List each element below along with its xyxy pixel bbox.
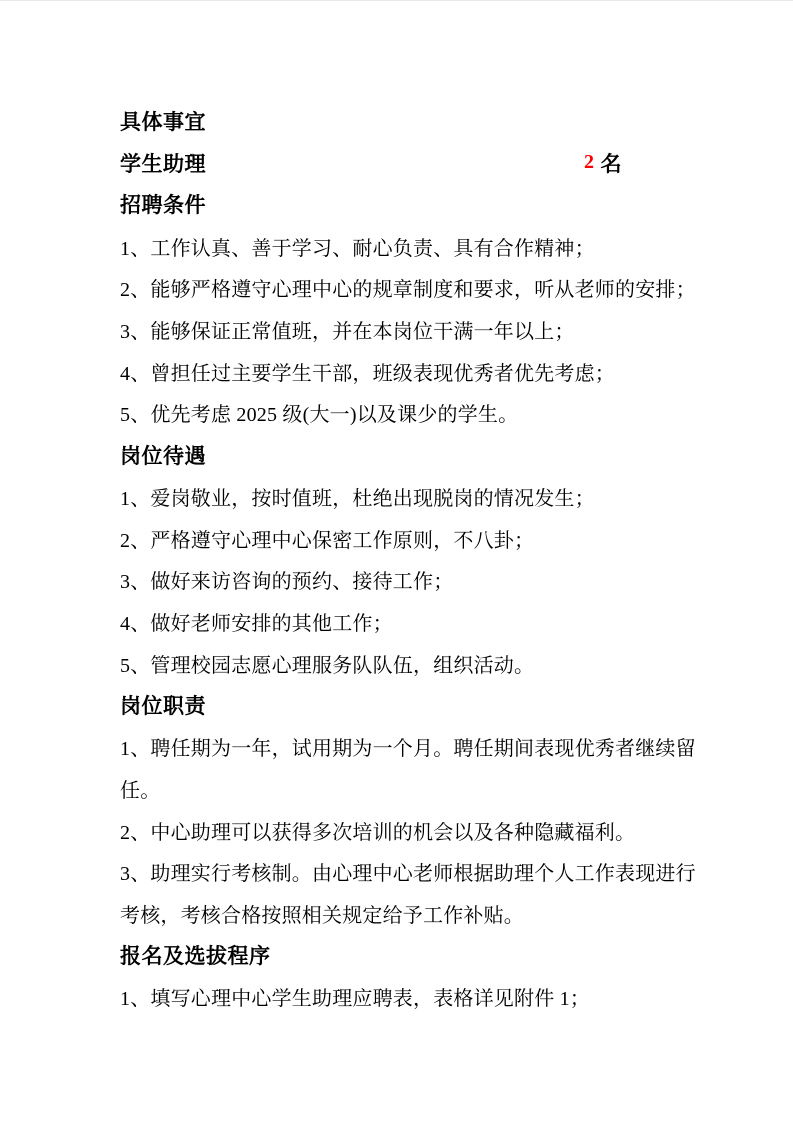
list-item: 1、爱岗敬业，按时值班，杜绝出现脱岗的情况发生； [120, 475, 676, 517]
intro-heading: 具体事宜 [120, 100, 676, 142]
document-page: 具体事宜 学生助理 2 名 招聘条件 1、工作认真、善于学习、耐心负责、具有合作… [0, 0, 793, 1122]
list-item: 1、工作认真、善于学习、耐心负责、具有合作精神； [120, 225, 676, 267]
job-title-line: 学生助理 2 名 [120, 142, 676, 184]
list-item: 4、曾担任过主要学生干部，班级表现优秀者优先考虑； [120, 350, 676, 392]
list-item: 2、中心助理可以获得多次培训的机会以及各种隐藏福利。 [120, 809, 676, 851]
list-item: 2、能够严格遵守心理中心的规章制度和要求，听从老师的安排； [120, 267, 676, 309]
job-count: 2 名 [584, 142, 622, 184]
document-body: 具体事宜 学生助理 2 名 招聘条件 1、工作认真、善于学习、耐心负责、具有合作… [120, 100, 676, 1018]
list-item: 4、做好老师安排的其他工作； [120, 601, 676, 643]
list-item: 3、能够保证正常值班，并在本岗位干满一年以上； [120, 309, 676, 351]
list-item: 1、聘任期为一年，试用期为一个月。聘任期间表现优秀者继续留 [120, 726, 676, 768]
job-title: 学生助理 [120, 148, 206, 178]
list-item: 5、优先考虑 2025 级(大一)以及课少的学生。 [120, 392, 676, 434]
list-item: 2、严格遵守心理中心保密工作原则，不八卦； [120, 517, 676, 559]
list-item: 5、管理校园志愿心理服务队队伍，组织活动。 [120, 642, 676, 684]
list-item-continuation: 任。 [120, 768, 676, 810]
list-item: 3、助理实行考核制。由心理中心老师根据助理个人工作表现进行 [120, 851, 676, 893]
list-item: 3、做好来访咨询的预约、接待工作； [120, 559, 676, 601]
section-heading-recruit-conditions: 招聘条件 [120, 183, 676, 225]
job-count-number: 2 [584, 151, 595, 174]
list-item: 1、填写心理中心学生助理应聘表，表格详见附件 1； [120, 976, 676, 1018]
section-heading-application-procedure: 报名及选拔程序 [120, 934, 676, 976]
list-item-continuation: 考核，考核合格按照相关规定给予工作补贴。 [120, 893, 676, 935]
section-heading-position-benefits: 岗位待遇 [120, 434, 676, 476]
job-count-unit: 名 [601, 148, 623, 178]
section-heading-position-duties: 岗位职责 [120, 684, 676, 726]
